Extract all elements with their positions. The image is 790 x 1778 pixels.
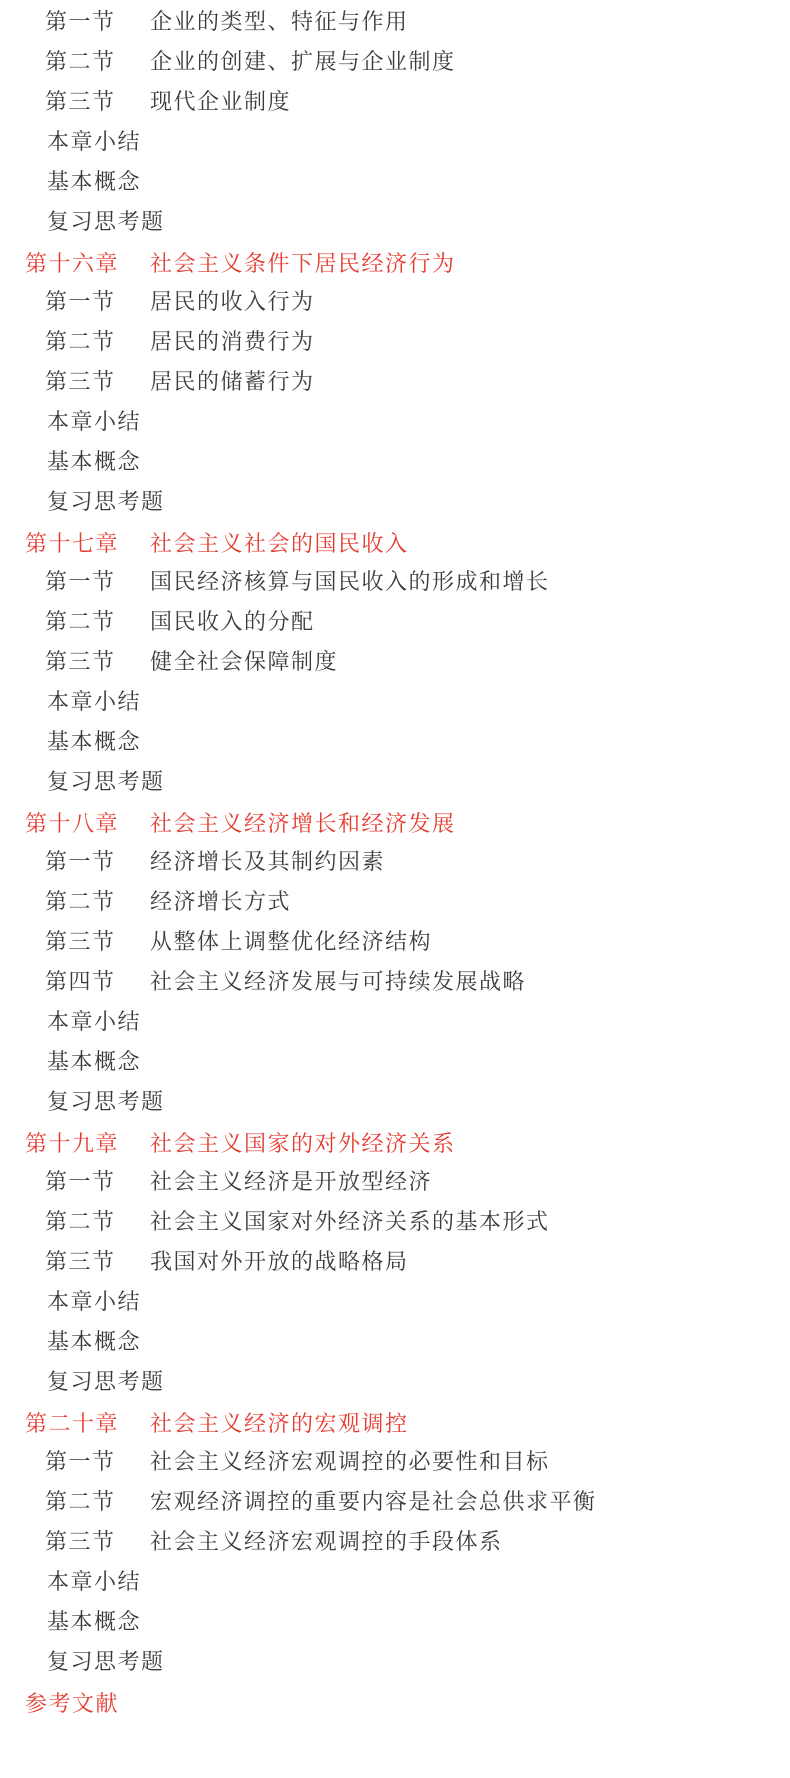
toc-entry-meta[interactable]: 本章小结 — [0, 120, 790, 160]
toc-entry-meta[interactable]: 本章小结 — [0, 1280, 790, 1320]
toc-entry-title: 宏观经济调控的重要内容是社会总供求平衡 — [150, 1485, 597, 1516]
toc-entry-chapter[interactable]: 第二十章社会主义经济的宏观调控 — [0, 1402, 790, 1442]
toc-entry-meta[interactable]: 基本概念 — [0, 160, 790, 200]
toc-entry-number: 第一节 — [45, 1445, 150, 1476]
toc-entry-title: 社会主义经济发展与可持续发展战略 — [150, 965, 526, 996]
toc-entry-number: 第二节 — [45, 325, 150, 356]
toc-entry-chapter[interactable]: 第十九章社会主义国家的对外经济关系 — [0, 1122, 790, 1162]
toc-entry-meta[interactable]: 本章小结 — [0, 1000, 790, 1040]
toc-entry-title: 复习思考题 — [47, 205, 165, 236]
toc-entry-meta[interactable]: 复习思考题 — [0, 200, 790, 240]
toc-entry-meta[interactable]: 基本概念 — [0, 1600, 790, 1640]
toc-entry-number: 第三节 — [45, 85, 150, 116]
toc-entry-title: 本章小结 — [47, 405, 141, 436]
toc-entry-section[interactable]: 第二节社会主义国家对外经济关系的基本形式 — [0, 1200, 790, 1240]
toc-entry-number: 第一节 — [45, 285, 150, 316]
toc-entry-title: 居民的储蓄行为 — [150, 365, 315, 396]
toc-entry-title: 基本概念 — [47, 1325, 141, 1356]
toc-entry-title: 本章小结 — [47, 685, 141, 716]
toc-entry-meta[interactable]: 本章小结 — [0, 1560, 790, 1600]
toc-entry-title: 社会主义经济是开放型经济 — [150, 1165, 432, 1196]
toc-entry-section[interactable]: 第三节社会主义经济宏观调控的手段体系 — [0, 1520, 790, 1560]
toc-entry-title: 基本概念 — [47, 725, 141, 756]
toc-entry-meta[interactable]: 复习思考题 — [0, 1360, 790, 1400]
toc-entry-title: 经济增长方式 — [150, 885, 291, 916]
toc-entry-number: 第三节 — [45, 1525, 150, 1556]
toc-entry-number: 第十七章 — [25, 527, 150, 558]
toc-entry-title: 居民的消费行为 — [150, 325, 315, 356]
toc-entry-number: 第一节 — [45, 1165, 150, 1196]
toc-entry-title: 企业的创建、扩展与企业制度 — [150, 45, 456, 76]
toc-entry-title: 基本概念 — [47, 1045, 141, 1076]
toc-entry-section[interactable]: 第一节居民的收入行为 — [0, 280, 790, 320]
toc-entry-title: 从整体上调整优化经济结构 — [150, 925, 432, 956]
toc-entry-meta[interactable]: 复习思考题 — [0, 1080, 790, 1120]
toc-entry-section[interactable]: 第二节宏观经济调控的重要内容是社会总供求平衡 — [0, 1480, 790, 1520]
toc-entry-title: 社会主义条件下居民经济行为 — [150, 247, 456, 278]
toc-entry-title: 本章小结 — [47, 1005, 141, 1036]
toc-entry-number: 第四节 — [45, 965, 150, 996]
toc-entry-title: 经济增长及其制约因素 — [150, 845, 385, 876]
toc-entry-number: 第二十章 — [25, 1407, 150, 1438]
toc-entry-title: 国民收入的分配 — [150, 605, 315, 636]
toc-entry-meta[interactable]: 基本概念 — [0, 440, 790, 480]
toc-entry-number: 第二节 — [45, 885, 150, 916]
toc-entry-number: 第一节 — [45, 5, 150, 36]
toc-entry-number: 第十六章 — [25, 247, 150, 278]
toc-entry-meta[interactable]: 基本概念 — [0, 1040, 790, 1080]
toc-entry-title: 社会主义经济宏观调控的手段体系 — [150, 1525, 503, 1556]
toc-entry-meta[interactable]: 基本概念 — [0, 720, 790, 760]
toc-entry-number: 第二节 — [45, 45, 150, 76]
toc-entry-chapter[interactable]: 第十八章社会主义经济增长和经济发展 — [0, 802, 790, 842]
toc-entry-title: 基本概念 — [47, 1605, 141, 1636]
toc-entry-title: 社会主义经济宏观调控的必要性和目标 — [150, 1445, 550, 1476]
toc-entry-section[interactable]: 第二节经济增长方式 — [0, 880, 790, 920]
toc-entry-section[interactable]: 第一节企业的类型、特征与作用 — [0, 0, 790, 40]
toc-entry-section[interactable]: 第三节现代企业制度 — [0, 80, 790, 120]
toc-entry-section[interactable]: 第一节经济增长及其制约因素 — [0, 840, 790, 880]
toc-entry-title: 基本概念 — [47, 445, 141, 476]
toc-entry-title: 本章小结 — [47, 1285, 141, 1316]
toc-entry-section[interactable]: 第四节社会主义经济发展与可持续发展战略 — [0, 960, 790, 1000]
toc-entry-meta[interactable]: 复习思考题 — [0, 1640, 790, 1680]
toc-entry-meta[interactable]: 基本概念 — [0, 1320, 790, 1360]
toc-entry-title: 复习思考题 — [47, 1365, 165, 1396]
toc-entry-section[interactable]: 第三节我国对外开放的战略格局 — [0, 1240, 790, 1280]
toc-entry-number: 第二节 — [45, 1485, 150, 1516]
toc-entry-title: 本章小结 — [47, 1565, 141, 1596]
toc-entry-section[interactable]: 第二节企业的创建、扩展与企业制度 — [0, 40, 790, 80]
toc-entry-section[interactable]: 第三节居民的储蓄行为 — [0, 360, 790, 400]
toc-entry-number: 第一节 — [45, 845, 150, 876]
toc-entry-title: 复习思考题 — [47, 485, 165, 516]
toc-entry-chapter[interactable]: 第十六章社会主义条件下居民经济行为 — [0, 242, 790, 282]
toc-entry-title: 现代企业制度 — [150, 85, 291, 116]
toc-entry-title: 健全社会保障制度 — [150, 645, 338, 676]
toc-entry-number: 第十八章 — [25, 807, 150, 838]
toc-entry-meta[interactable]: 本章小结 — [0, 680, 790, 720]
toc-entry-section[interactable]: 第三节健全社会保障制度 — [0, 640, 790, 680]
toc-entry-title: 企业的类型、特征与作用 — [150, 5, 409, 36]
toc-entry-section[interactable]: 第二节国民收入的分配 — [0, 600, 790, 640]
toc-entry-number: 第三节 — [45, 925, 150, 956]
toc-entry-section[interactable]: 第三节从整体上调整优化经济结构 — [0, 920, 790, 960]
toc-entry-number: 第一节 — [45, 565, 150, 596]
toc-entry-section[interactable]: 第一节国民经济核算与国民收入的形成和增长 — [0, 560, 790, 600]
toc-entry-number: 第二节 — [45, 605, 150, 636]
toc-entry-title: 社会主义社会的国民收入 — [150, 527, 409, 558]
toc-entry-title: 本章小结 — [47, 125, 141, 156]
toc-entry-section[interactable]: 第二节居民的消费行为 — [0, 320, 790, 360]
toc-entry-section[interactable]: 第一节社会主义经济宏观调控的必要性和目标 — [0, 1440, 790, 1480]
toc-entry-number: 第二节 — [45, 1205, 150, 1236]
toc-entry-backmatter[interactable]: 参考文献 — [0, 1682, 790, 1722]
table-of-contents: 第一节企业的类型、特征与作用第二节企业的创建、扩展与企业制度第三节现代企业制度本… — [0, 0, 790, 1778]
toc-entry-meta[interactable]: 本章小结 — [0, 400, 790, 440]
toc-entry-section[interactable]: 第一节社会主义经济是开放型经济 — [0, 1160, 790, 1200]
toc-entry-title: 社会主义国家对外经济关系的基本形式 — [150, 1205, 550, 1236]
toc-entry-title: 社会主义国家的对外经济关系 — [150, 1127, 456, 1158]
toc-entry-number: 第三节 — [45, 365, 150, 396]
toc-entry-title: 国民经济核算与国民收入的形成和增长 — [150, 565, 550, 596]
toc-entry-number: 第三节 — [45, 645, 150, 676]
toc-entry-title: 复习思考题 — [47, 1085, 165, 1116]
toc-entry-meta[interactable]: 复习思考题 — [0, 480, 790, 520]
toc-entry-title: 居民的收入行为 — [150, 285, 315, 316]
toc-entry-title: 社会主义经济增长和经济发展 — [150, 807, 456, 838]
toc-entry-title: 参考文献 — [25, 1687, 119, 1718]
toc-entry-number: 第十九章 — [25, 1127, 150, 1158]
toc-entry-meta[interactable]: 复习思考题 — [0, 760, 790, 800]
toc-entry-title: 复习思考题 — [47, 1645, 165, 1676]
toc-entry-title: 复习思考题 — [47, 765, 165, 796]
toc-entry-chapter[interactable]: 第十七章社会主义社会的国民收入 — [0, 522, 790, 562]
toc-entry-title: 社会主义经济的宏观调控 — [150, 1407, 409, 1438]
toc-entry-number: 第三节 — [45, 1245, 150, 1276]
toc-entry-title: 我国对外开放的战略格局 — [150, 1245, 409, 1276]
toc-entry-title: 基本概念 — [47, 165, 141, 196]
